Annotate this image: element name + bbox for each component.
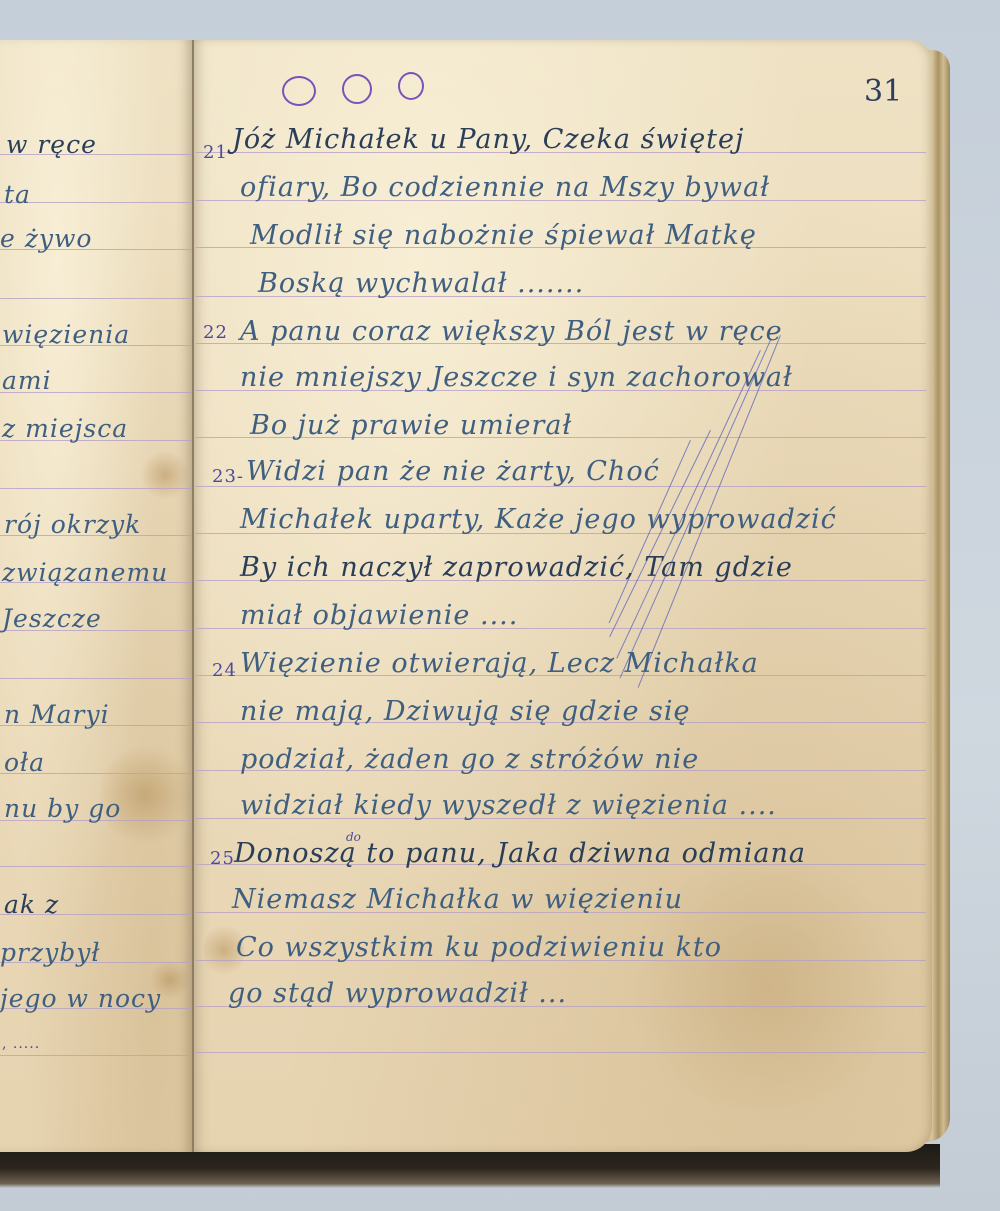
fragment-line: ta [4, 180, 31, 209]
verse-line: A panu coraz większy Ból jest w ręce [240, 316, 783, 347]
verse-line: Co wszystkim ku podziwieniu kto [236, 932, 722, 963]
verse-number: 24 [212, 660, 237, 681]
verse-line: Więzienie otwierają, Lecz Michałka [240, 648, 759, 679]
circle-mark-icon [342, 74, 372, 104]
verse-line: go stąd wyprowadził ... [228, 978, 567, 1009]
fragment-line: więzienia [2, 320, 130, 349]
verse-line: Modlił się nabożnie śpiewał Matkę [250, 220, 757, 251]
verse-line: Donoszą to panu, Jaka dziwna odmiana [234, 838, 806, 869]
verse-line: nie mniejszy Jeszcze i syn zachorował [240, 362, 793, 393]
verse-line: ofiary, Bo codziennie na Mszy bywał [240, 172, 770, 203]
fragment-line: e żywo [0, 224, 93, 253]
fragment-line: nu by go [4, 794, 121, 823]
verse-number: 23- [212, 466, 244, 487]
fragment-line: n Maryi [4, 700, 110, 729]
fragment-line: przybył [0, 938, 100, 967]
verse-line: Widzi pan że nie żarty, Choć [246, 456, 660, 487]
verse-line: Niemasz Michałka w więzieniu [232, 884, 683, 915]
fragment-line: jego w nocy [0, 984, 161, 1013]
verse-line: By ich naczył zaprowadzić, Tam gdzie [240, 552, 793, 583]
verse-line: widział kiedy wyszedł z więzienia .... [240, 790, 777, 821]
verse-line: miał objawienie .... [240, 600, 518, 631]
verse-number: 21- [203, 142, 235, 163]
fragment-line: w ręce [6, 130, 97, 159]
fragment-line: ami [2, 366, 52, 395]
fragment-line: oła [4, 748, 45, 777]
verse-line: Bo już prawie umierał [250, 410, 572, 441]
verse-number: 22 [203, 322, 228, 343]
fragment-line: związanemu [2, 558, 168, 587]
verse-number: 25 [210, 848, 235, 869]
verse-line: nie mają, Dziwują się gdzie się [240, 696, 691, 727]
verse-line: Boską wychwalał ....... [258, 268, 584, 299]
verse-line: podział, żaden go z stróżów nie [240, 744, 699, 775]
verse-line: Michałek uparty, Każe jego wyprowadzić [240, 504, 837, 535]
page-number: 31 [864, 74, 902, 109]
verse-line: Jóż Michałek u Pany, Czeka świętej [232, 124, 744, 155]
fragment-line: rój okrzyk [4, 510, 141, 539]
fragment-line: , ..... [2, 1036, 40, 1052]
circle-mark-icon [282, 76, 316, 106]
fragment-line: z miejsca [2, 414, 128, 443]
paper-stain [140, 450, 190, 500]
fragment-line: Jeszcze [2, 604, 102, 633]
fragment-line: ak z [4, 890, 59, 919]
circle-mark-icon [398, 72, 424, 100]
